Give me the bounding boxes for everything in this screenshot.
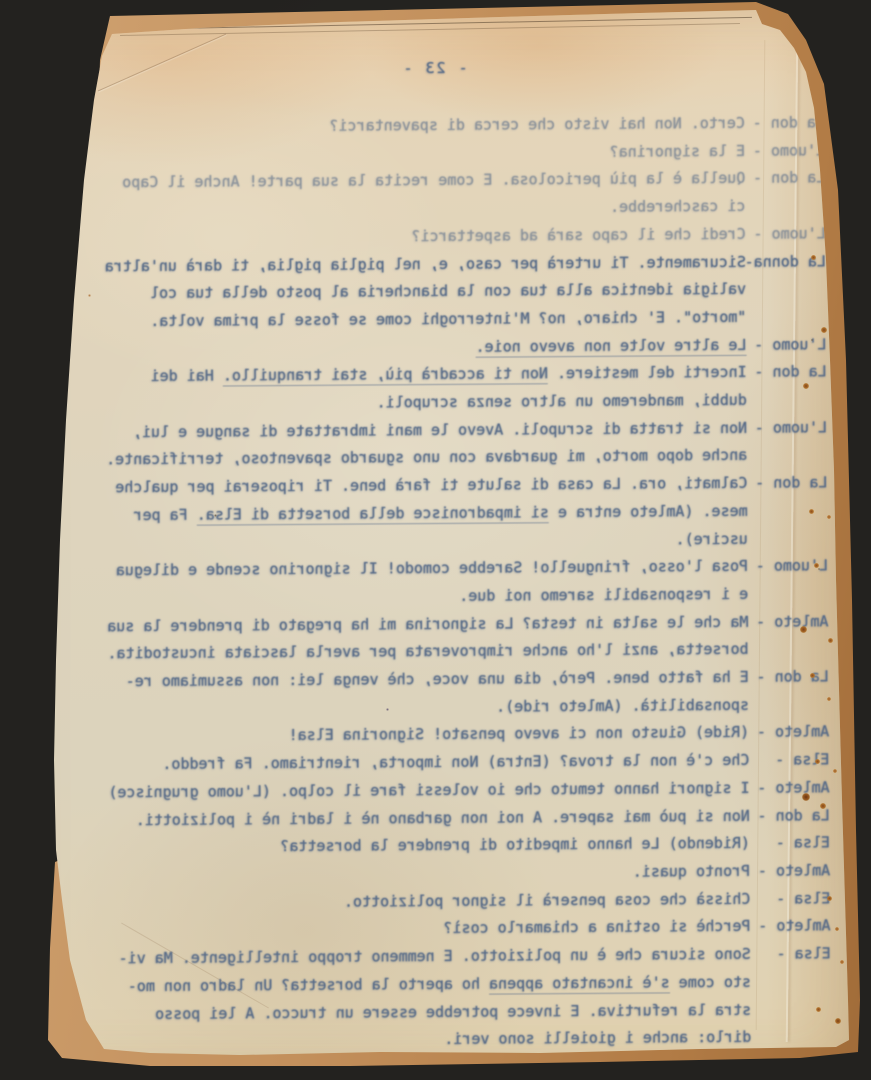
page-number: - 23 - xyxy=(45,53,825,82)
line-text: Non si può mai sapere. A noi non garbano… xyxy=(136,806,750,828)
line-text: e i responsabili saremo noi due. xyxy=(459,585,748,605)
line-text: Posa l'osso, fringuello! Sarebbe comodo!… xyxy=(116,557,748,579)
line-text: valigia identica alla tua con la bianche… xyxy=(150,280,746,302)
speaker-label xyxy=(749,709,829,710)
speaker-label: La don - xyxy=(749,663,829,691)
line-text: anche dopo morto, mi guardava con uno sg… xyxy=(106,446,747,468)
line-text: stra la refurtiva. E invece potrebbe ess… xyxy=(155,1000,751,1022)
line-text: Perchè si ostina a chiamarlo così? xyxy=(443,917,750,937)
speaker-label xyxy=(748,543,828,544)
line-text: ho aperto la borsetta? Un ladro non mo- xyxy=(128,974,489,995)
speaker-label: Amleto - xyxy=(750,774,830,802)
line-text: Sicuramente. Ti urterà per caso, e, nel … xyxy=(105,252,746,274)
speaker-label: La donna- xyxy=(746,248,826,276)
line-text: Ma che le salta in testa? La signorina m… xyxy=(107,612,748,634)
speaker-label: L'uomo - xyxy=(747,414,827,442)
line-text: Le altre volte non avevo noie. xyxy=(476,335,747,357)
mirrored-text-layer: - 23 - La don -Certo. Non hai visto che … xyxy=(45,53,832,1056)
speaker-label: Amleto - xyxy=(748,608,828,636)
speaker-label: Amleto - xyxy=(749,719,829,747)
line-text: dirlo: anche i gioielli sono veri. xyxy=(444,1028,751,1048)
line-text: Calmati, ora. La casa di salute ti farà … xyxy=(115,474,747,496)
speaker-label: La don - xyxy=(745,165,825,193)
speaker-label xyxy=(747,404,827,405)
line-text: s'è incantato appena xyxy=(489,973,670,994)
line-text: si impadronisce della borsetta di Elsa. xyxy=(197,503,549,525)
dialogue-line: L'uomo -Credi che il capo sarà ad aspett… xyxy=(46,220,826,253)
speaker-label xyxy=(749,654,829,655)
speaker-label: L'uomo - xyxy=(745,137,825,165)
line-text: (Ridendo) Le hanno impedito di prendere … xyxy=(280,834,750,855)
speaker-label xyxy=(748,598,828,599)
speaker-label xyxy=(747,460,827,461)
line-text: E ha fatto bene. Però, dia una voce, chè… xyxy=(126,668,749,690)
line-text: Chissà che cosa penserà il signor polizi… xyxy=(344,890,751,911)
speaker-label: Amleto - xyxy=(750,857,830,885)
speaker-label: Elsa - xyxy=(750,830,830,858)
line-text: Hai dei xyxy=(151,367,223,386)
line-text: mese. (Amleto entra e xyxy=(549,502,748,521)
speaker-label xyxy=(751,986,831,987)
document-page: - 23 - La don -Certo. Non hai visto che … xyxy=(0,0,871,1080)
line-text: Non ti accadrà più, stai tranquillo. xyxy=(223,365,548,387)
speaker-label: La don - xyxy=(750,802,830,830)
line-text: Non si tratta di scrupoli. Avevo le mani… xyxy=(133,419,747,441)
speaker-label: Elsa - xyxy=(750,885,830,913)
speaker-label xyxy=(746,210,826,211)
speaker-label: Amleto - xyxy=(751,913,831,941)
speaker-label xyxy=(751,1014,831,1015)
scan-background: - 23 - La don -Certo. Non hai visto che … xyxy=(0,0,871,1080)
line-text: (Ride) Giusto non ci avevo pensato! Sign… xyxy=(289,723,750,744)
speaker-label: L'uomo - xyxy=(746,331,826,359)
line-text: dubbi, manderemo un altro senza scrupoli… xyxy=(377,391,747,412)
line-text: Certo. Non hai visto che cerca di spaven… xyxy=(330,114,746,135)
line-text: Che c'è non la trova? (Entra) Non import… xyxy=(162,751,749,773)
line-text: "morto". E' chiaro, no? M'interroghi com… xyxy=(150,308,746,330)
line-text: ci cascherebbe. xyxy=(610,197,746,216)
speaker-label xyxy=(746,321,826,322)
line-text: uscire). xyxy=(676,529,748,548)
line-text: Pronto quasi. xyxy=(633,862,751,881)
line-text: borsetta, anzi l'ho anche rimproverata p… xyxy=(107,640,748,662)
speaker-label: L'uomo - xyxy=(746,220,826,248)
speaker-label: L'uomo - xyxy=(748,553,828,581)
line-text: Fa per xyxy=(134,506,197,524)
dialogue: La don -Certo. Non hai visto che cerca d… xyxy=(45,109,832,1056)
line-text: Incerti del mestiere. xyxy=(548,363,747,382)
speaker-label xyxy=(746,294,826,295)
speaker-label: La don - xyxy=(745,109,825,137)
speaker-label: Elsa - xyxy=(749,746,829,774)
speaker-label xyxy=(751,1041,831,1042)
line-text: Credi che il capo sarà ad aspettarci? xyxy=(412,225,746,245)
speaker-label: La don - xyxy=(747,359,827,387)
line-text: E la signorina? xyxy=(610,142,746,161)
line-text: I signori hanno temuto che io volessi fa… xyxy=(108,779,749,801)
line-text: sponsabilità. (Amleto ride). xyxy=(496,696,749,716)
speaker-label: Elsa - xyxy=(751,940,831,968)
line-text: Quella è la più pericolosa. E come recit… xyxy=(122,169,745,191)
speaker-label: La don - xyxy=(747,469,827,497)
line-text: Sono sicura che è un poliziotto. E nemme… xyxy=(119,945,751,967)
speaker-label xyxy=(748,515,828,516)
line-text: sto come xyxy=(670,973,751,992)
